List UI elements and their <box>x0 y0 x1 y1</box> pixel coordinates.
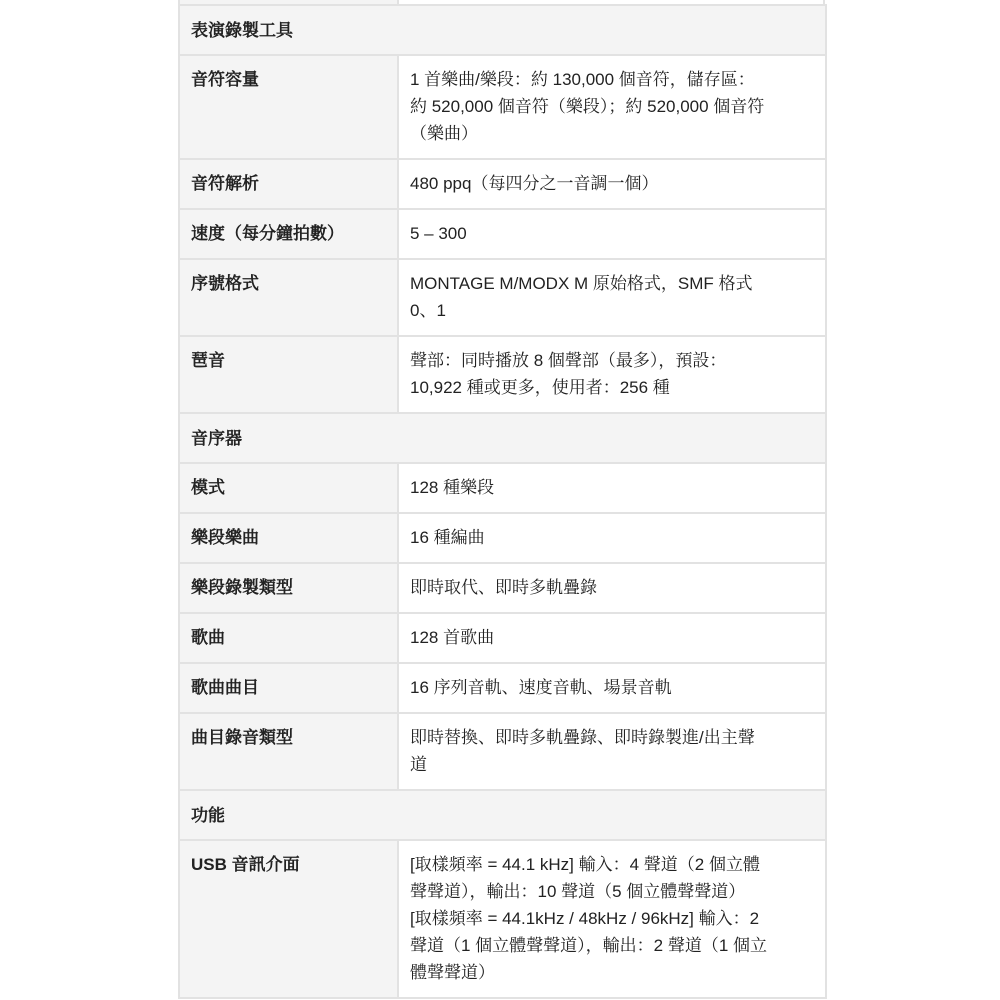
spec-row: USB 音訊介面 [取樣頻率 = 44.1 kHz] 輸入：4 聲道（2 個立體… <box>179 840 826 998</box>
spec-value: 即時替換、即時多軌疊錄、即時錄製進/出主聲 道 <box>398 713 826 790</box>
spec-value: MONTAGE M/MODX M 原始格式，SMF 格式 0、1 <box>398 259 826 336</box>
section-title: 功能 <box>179 790 826 840</box>
spec-value: [取樣頻率 = 44.1 kHz] 輸入：4 聲道（2 個立體 聲聲道），輸出：… <box>398 840 826 998</box>
spec-label: USB 音訊介面 <box>179 840 398 998</box>
spec-value: 16 種編曲 <box>398 513 826 563</box>
spec-row: 音符解析 480 ppq（每四分之一音調一個） <box>179 159 826 209</box>
spec-row: 曲目錄音類型 即時替換、即時多軌疊錄、即時錄製進/出主聲 道 <box>179 713 826 790</box>
section-header-recording-tools: 表演錄製工具 <box>179 5 826 55</box>
spec-row: 樂段錄製類型 即時取代、即時多軌疊錄 <box>179 563 826 613</box>
spec-value: 聲部：同時播放 8 個聲部（最多），預設： 10,922 種或更多，使用者：25… <box>398 336 826 413</box>
spec-row: 歌曲 128 首歌曲 <box>179 613 826 663</box>
spec-table-container: 表演錄製工具 音符容量 1 首樂曲/樂段：約 130,000 個音符，儲存區： … <box>178 0 825 999</box>
spec-row: 速度（每分鐘拍數） 5 – 300 <box>179 209 826 259</box>
section-title: 音序器 <box>179 413 826 463</box>
spec-label: 琶音 <box>179 336 398 413</box>
spec-row: 琶音 聲部：同時播放 8 個聲部（最多），預設： 10,922 種或更多，使用者… <box>179 336 826 413</box>
spec-label: 曲目錄音類型 <box>179 713 398 790</box>
spec-row: 音符容量 1 首樂曲/樂段：約 130,000 個音符，儲存區： 約 520,0… <box>179 55 826 159</box>
previous-row-stub <box>178 0 825 4</box>
spec-value: 128 種樂段 <box>398 463 826 513</box>
spec-label: 歌曲曲目 <box>179 663 398 713</box>
spec-value: 16 序列音軌、速度音軌、場景音軌 <box>398 663 826 713</box>
spec-label: 序號格式 <box>179 259 398 336</box>
spec-row: 模式 128 種樂段 <box>179 463 826 513</box>
spec-label: 樂段錄製類型 <box>179 563 398 613</box>
spec-value: 1 首樂曲/樂段：約 130,000 個音符，儲存區： 約 520,000 個音… <box>398 55 826 159</box>
previous-row-label-cell <box>180 0 399 4</box>
spec-label: 模式 <box>179 463 398 513</box>
spec-label: 速度（每分鐘拍數） <box>179 209 398 259</box>
spec-label: 歌曲 <box>179 613 398 663</box>
previous-row-value-cell <box>399 0 823 4</box>
spec-value: 128 首歌曲 <box>398 613 826 663</box>
spec-label: 樂段樂曲 <box>179 513 398 563</box>
spec-value: 即時取代、即時多軌疊錄 <box>398 563 826 613</box>
section-title: 表演錄製工具 <box>179 5 826 55</box>
spec-value: 5 – 300 <box>398 209 826 259</box>
spec-row: 樂段樂曲 16 種編曲 <box>179 513 826 563</box>
spec-value: 480 ppq（每四分之一音調一個） <box>398 159 826 209</box>
spec-row: 序號格式 MONTAGE M/MODX M 原始格式，SMF 格式 0、1 <box>179 259 826 336</box>
spec-label: 音符容量 <box>179 55 398 159</box>
spec-table: 表演錄製工具 音符容量 1 首樂曲/樂段：約 130,000 個音符，儲存區： … <box>178 4 827 999</box>
spec-label: 音符解析 <box>179 159 398 209</box>
spec-row: 歌曲曲目 16 序列音軌、速度音軌、場景音軌 <box>179 663 826 713</box>
section-header-sequencer: 音序器 <box>179 413 826 463</box>
section-header-functions: 功能 <box>179 790 826 840</box>
